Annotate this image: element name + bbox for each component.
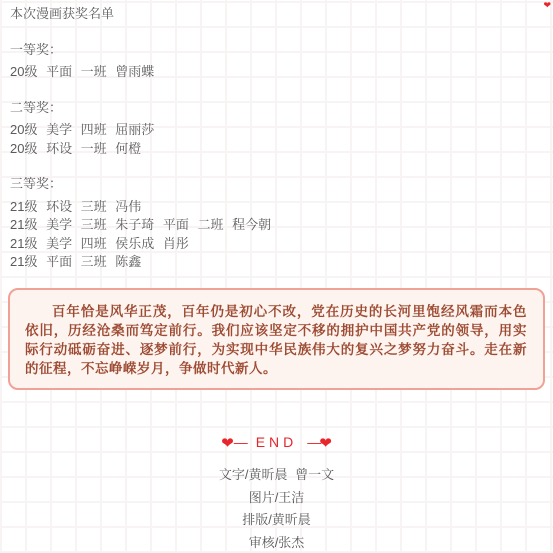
credit-line-layout: 排版/黄昕晨 <box>0 509 553 532</box>
winner-line: 21级 平面 三班 陈鑫 <box>10 253 271 272</box>
notice-box: 百年恰是风华正茂，百年仍是初心不改，党在历史的长河里饱经风霜而本色依旧，历经沧桑… <box>8 288 545 390</box>
credit-line-review: 审核/张杰 <box>0 532 553 553</box>
divider-dash: — <box>307 434 319 450</box>
winner-line: 20级 平面 一班 曾雨蝶 <box>10 63 271 82</box>
end-divider: ❤—END—❤ <box>0 433 553 451</box>
credits: 文字/黄昕晨 曾一文 图片/王洁 排版/黄昕晨 审核/张杰 <box>0 464 553 553</box>
award-group-first-prize: 一等奖： 20级 平面 一班 曾雨蝶 <box>10 41 271 82</box>
winner-line: 20级 美学 四班 屈丽莎 <box>10 121 271 140</box>
award-list: 本次漫画获奖名单 一等奖： 20级 平面 一班 曾雨蝶 二等奖： 20级 美学 … <box>10 5 271 272</box>
winner-line: 21级 美学 四班 侯乐成 肖彤 <box>10 235 271 254</box>
divider-dash: — <box>234 434 246 450</box>
heart-icon: ❤ <box>221 435 234 452</box>
credit-line-text: 文字/黄昕晨 曾一文 <box>0 464 553 487</box>
winner-line: 20级 环设 一班 何橙 <box>10 140 271 159</box>
corner-heart-icon: ❤ <box>543 1 551 10</box>
notice-text: 百年恰是风华正茂，百年仍是初心不改，党在历史的长河里饱经风霜而本色依旧，历经沧桑… <box>25 302 527 378</box>
winner-line: 21级 环设 三班 冯伟 <box>10 198 271 217</box>
winner-line: 21级 美学 三班 朱子琦 平面 二班 程今朝 <box>10 216 271 235</box>
award-group-third-prize: 三等奖： 21级 环设 三班 冯伟 21级 美学 三班 朱子琦 平面 二班 程今… <box>10 175 271 272</box>
credit-line-image: 图片/王洁 <box>0 487 553 510</box>
prize-grade-label: 一等奖： <box>10 41 271 60</box>
end-label: END <box>256 434 298 450</box>
heart-icon: ❤ <box>319 435 332 452</box>
award-group-second-prize: 二等奖： 20级 美学 四班 屈丽莎 20级 环设 一班 何橙 <box>10 99 271 159</box>
prize-grade-label: 三等奖： <box>10 175 271 194</box>
prize-grade-label: 二等奖： <box>10 99 271 118</box>
award-list-title: 本次漫画获奖名单 <box>10 5 271 24</box>
